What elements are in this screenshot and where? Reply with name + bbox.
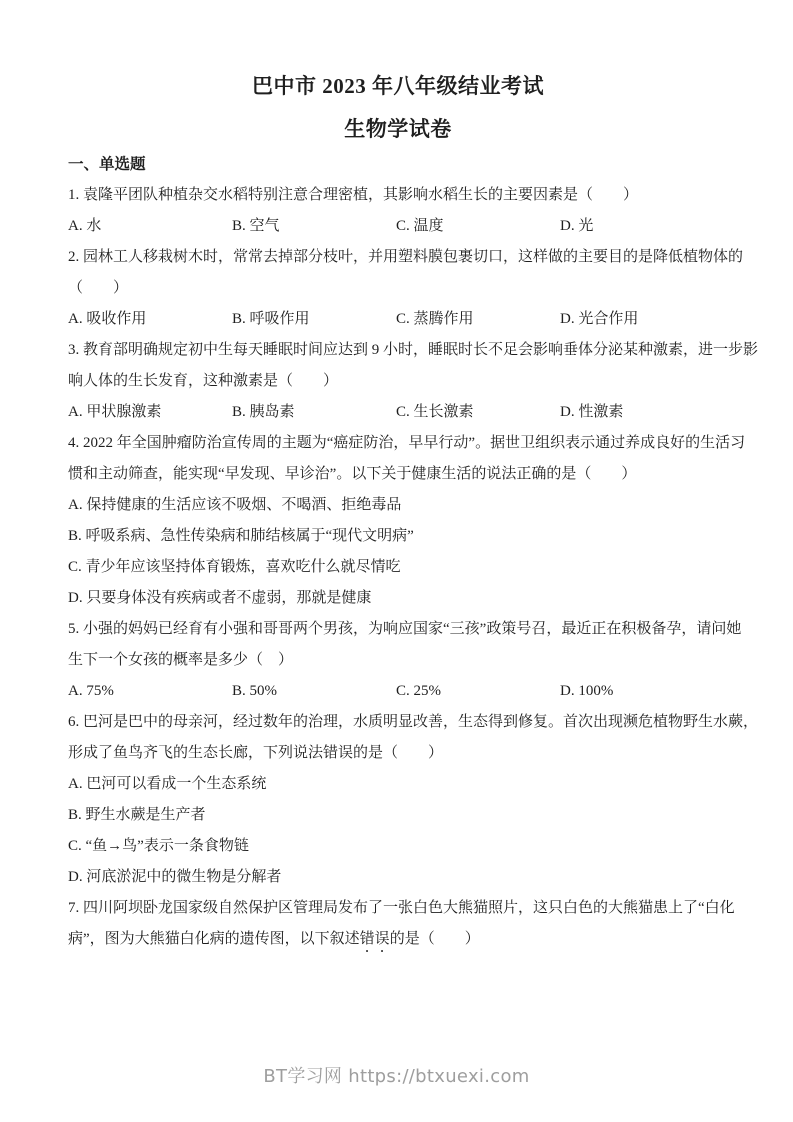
question-7-text-line-2: 病”，图为大熊猫白化病的遗传图，以下叙述错误的是（ ） <box>68 924 728 956</box>
question-2: 2. 园林工人移栽树木时，常常去掉部分枝叶，并用塑料膜包裹切口，这样做的主要目的… <box>68 242 728 335</box>
question-6-option-c: C. “鱼→鸟”表示一条食物链 <box>68 831 728 862</box>
question-3-text-line-1: 3. 教育部明确规定初中生每天睡眠时间应达到 9 小时，睡眠时长不足会影响垂体分… <box>68 335 728 366</box>
page-title: 巴中市 2023 年八年级结业考试 <box>68 70 728 102</box>
question-4: 4. 2022 年全国肿瘤防治宣传周的主题为“癌症防治，早早行动”。据世卫组织表… <box>68 428 728 614</box>
question-7: 7. 四川阿坝卧龙国家级自然保护区管理局发布了一张白色大熊猫照片，这只白色的大熊… <box>68 893 728 956</box>
question-3-option-a: A. 甲状腺激素 <box>68 397 232 428</box>
question-6-option-a: A. 巴河可以看成一个生态系统 <box>68 769 728 800</box>
question-1-option-d: D. 光 <box>560 211 728 242</box>
exam-paper-page: 巴中市 2023 年八年级结业考试 生物学试卷 一、单选题 1. 袁隆平团队种植… <box>0 0 793 1122</box>
question-2-option-a: A. 吸收作用 <box>68 304 232 335</box>
question-6: 6. 巴河是巴中的母亲河，经过数年的治理，水质明显改善，生态得到修复。首次出现濒… <box>68 707 728 893</box>
question-2-option-d: D. 光合作用 <box>560 304 728 335</box>
section-heading: 一、单选题 <box>68 149 728 180</box>
watermark-text: BT学习网 https://btxuexi.com <box>263 1066 529 1087</box>
question-5-text-line-2: 生下一个女孩的概率是多少（ ） <box>68 645 728 676</box>
question-5-text-line-1: 5. 小强的妈妈已经育有小强和哥哥两个男孩，为响应国家“三孩”政策号召，最近正在… <box>68 614 728 645</box>
question-7-text-line-1: 7. 四川阿坝卧龙国家级自然保护区管理局发布了一张白色大熊猫照片，这只白色的大熊… <box>68 893 728 924</box>
question-4-option-d: D. 只要身体没有疾病或者不虚弱，那就是健康 <box>68 583 728 614</box>
question-6-text-line-2: 形成了鱼鸟齐飞的生态长廊，下列说法错误的是（ ） <box>68 738 728 769</box>
question-2-options: A. 吸收作用 B. 呼吸作用 C. 蒸腾作用 D. 光合作用 <box>68 304 728 335</box>
question-3: 3. 教育部明确规定初中生每天睡眠时间应达到 9 小时，睡眠时长不足会影响垂体分… <box>68 335 728 428</box>
question-1-option-b: B. 空气 <box>232 211 396 242</box>
page-subtitle: 生物学试卷 <box>68 113 728 145</box>
question-5: 5. 小强的妈妈已经育有小强和哥哥两个男孩，为响应国家“三孩”政策号召，最近正在… <box>68 614 728 707</box>
question-1-option-c: C. 温度 <box>396 211 560 242</box>
question-7-emphasized-word: 错误 <box>360 931 390 947</box>
question-7-line-2-suffix: 的是（ ） <box>390 931 480 947</box>
question-2-text-line-2: （ ） <box>68 273 728 304</box>
question-1-option-a: A. 水 <box>68 211 232 242</box>
question-4-option-a: A. 保持健康的生活应该不吸烟、不喝酒、拒绝毒品 <box>68 490 728 521</box>
question-6-option-d: D. 河底淤泥中的微生物是分解者 <box>68 862 728 893</box>
question-3-option-d: D. 性激素 <box>560 397 728 428</box>
watermark-footer: BT学习网 https://btxuexi.com <box>0 1064 793 1090</box>
question-3-option-b: B. 胰岛素 <box>232 397 396 428</box>
question-4-option-b: B. 呼吸系病、急性传染病和肺结核属于“现代文明病” <box>68 521 728 552</box>
question-5-option-c: C. 25% <box>396 676 560 707</box>
question-5-option-b: B. 50% <box>232 676 396 707</box>
question-4-text-line-2: 惯和主动筛查，能实现“早发现、早诊治”。以下关于健康生活的说法正确的是（ ） <box>68 459 728 490</box>
question-2-text-line-1: 2. 园林工人移栽树木时，常常去掉部分枝叶，并用塑料膜包裹切口，这样做的主要目的… <box>68 242 728 273</box>
question-2-option-b: B. 呼吸作用 <box>232 304 396 335</box>
question-6-text-line-1: 6. 巴河是巴中的母亲河，经过数年的治理，水质明显改善，生态得到修复。首次出现濒… <box>68 707 728 738</box>
question-1: 1. 袁隆平团队种植杂交水稻特别注意合理密植，其影响水稻生长的主要因素是（ ） … <box>68 180 728 242</box>
question-7-line-2-prefix: 病”，图为大熊猫白化病的遗传图，以下叙述 <box>68 931 360 947</box>
question-4-text-line-1: 4. 2022 年全国肿瘤防治宣传周的主题为“癌症防治，早早行动”。据世卫组织表… <box>68 428 728 459</box>
question-3-options: A. 甲状腺激素 B. 胰岛素 C. 生长激素 D. 性激素 <box>68 397 728 428</box>
question-5-option-d: D. 100% <box>560 676 728 707</box>
question-1-text: 1. 袁隆平团队种植杂交水稻特别注意合理密植，其影响水稻生长的主要因素是（ ） <box>68 180 728 211</box>
question-5-option-a: A. 75% <box>68 676 232 707</box>
question-3-text-line-2: 响人体的生长发育，这种激素是（ ） <box>68 366 728 397</box>
question-3-option-c: C. 生长激素 <box>396 397 560 428</box>
question-5-options: A. 75% B. 50% C. 25% D. 100% <box>68 676 728 707</box>
question-4-option-c: C. 青少年应该坚持体育锻炼，喜欢吃什么就尽情吃 <box>68 552 728 583</box>
question-2-option-c: C. 蒸腾作用 <box>396 304 560 335</box>
question-1-options: A. 水 B. 空气 C. 温度 D. 光 <box>68 211 728 242</box>
question-6-option-b: B. 野生水蕨是生产者 <box>68 800 728 831</box>
